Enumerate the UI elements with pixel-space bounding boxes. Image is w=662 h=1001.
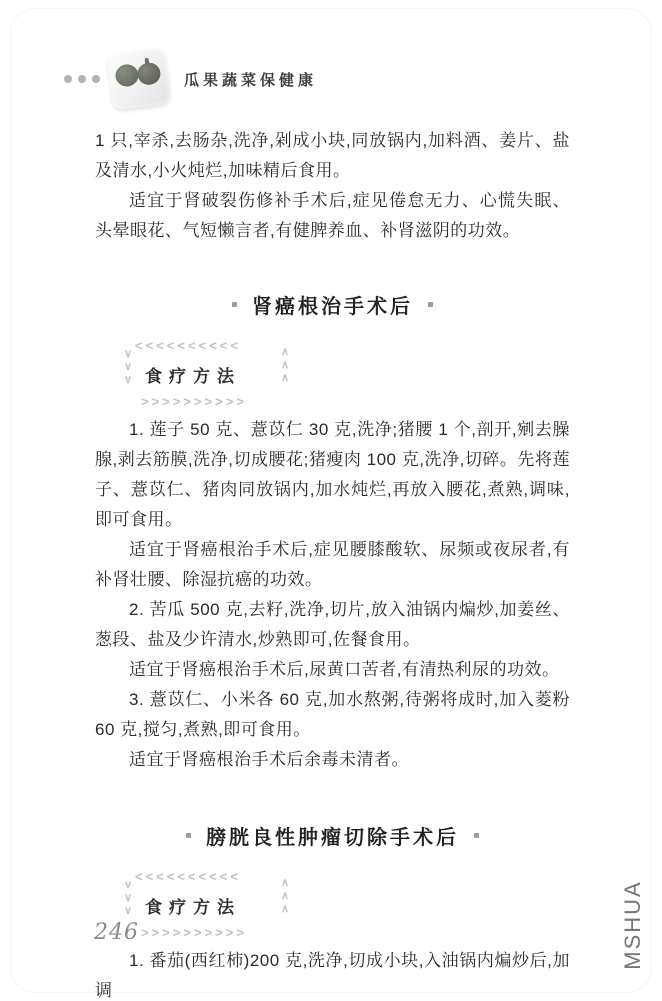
body-paragraph: 1. 莲子 50 克、薏苡仁 30 克,洗净;猪腰 1 个,剖开,剜去臊腺,剥去… [95,415,570,535]
page-header: 瓜果蔬菜保健康 [64,46,662,112]
body-paragraph: 2. 苦瓜 500 克,去籽,洗净,切片,放入油锅内煸炒,加姜丝、葱段、盐及少许… [95,595,570,655]
body-paragraph: 适宜于肾癌根治手术后余毒未清者。 [95,745,570,775]
section-title: 肾癌根治手术后 [252,290,413,319]
badge-label: 食疗方法 [145,362,241,387]
page-number: 246 [94,920,139,945]
body-paragraph: 适宜于肾癌根治手术后,症见腰膝酸软、尿频或夜尿者,有补肾壮腰、除湿抗癌的功效。 [95,535,570,595]
badge-frame-bottom-icon: >>>>>>>>>> [141,925,247,940]
fruit-plate-icon [107,48,171,111]
book-title: 瓜果蔬菜保健康 [184,69,317,90]
badge-label: 食疗方法 [145,893,241,918]
tomato-icon [136,61,162,86]
badge-frame-top-icon: <<<<<<<<<< [135,869,241,884]
dot-icon [78,75,86,83]
heading-dot-icon [428,302,433,307]
logo-dots-icon [64,75,100,83]
badge-frame-top-icon: <<<<<<<<<< [135,338,241,353]
body-paragraph: 3. 薏苡仁、小米各 60 克,加水熬粥,待粥将成时,加入菱粉 60 克,搅匀,… [95,685,570,745]
badge-frame-left-icon: ∨ ∨ ∨ [124,348,132,387]
badge-frame-right-icon: ∧ ∧ ∧ [281,877,289,916]
body-paragraph: 适宜于肾破裂伤修补手术后,症见倦怠无力、心慌失眠、头晕眼花、气短懒言者,有健脾养… [95,186,570,246]
body-paragraph: 1. 番茄(西红柿)200 克,洗净,切成小块,入油锅内煸炒后,加调 [95,946,570,1001]
badge-frame-left-icon: ∨ ∨ ∨ [124,879,132,918]
section-heading-bladder-tumor: 膀胱良性肿瘤切除手术后 [95,821,570,850]
section-heading-kidney-cancer: 肾癌根治手术后 [95,290,570,319]
badge-frame-right-icon: ∧ ∧ ∧ [281,346,289,385]
heading-dot-icon [186,833,191,838]
dot-icon [92,75,100,83]
diet-method-badge: <<<<<<<<<< >>>>>>>>>> ∨ ∨ ∨ ∧ ∧ ∧ 食疗方法 [123,876,295,934]
fruit-icon [114,63,140,88]
badge-frame-bottom-icon: >>>>>>>>>> [141,394,247,409]
page-content: 1 只,宰杀,去肠杂,洗净,剁成小块,同放锅内,加料酒、姜片、盐及清水,小火炖烂… [95,126,570,1001]
diet-method-badge: <<<<<<<<<< >>>>>>>>>> ∨ ∨ ∨ ∧ ∧ ∧ 食疗方法 [123,345,295,403]
watermark-text: MSHUA [620,860,646,990]
body-paragraph: 适宜于肾癌根治手术后,尿黄口苦者,有清热利尿的功效。 [95,655,570,685]
section-title: 膀胱良性肿瘤切除手术后 [206,821,459,850]
dot-icon [64,75,72,83]
body-paragraph: 1 只,宰杀,去肠杂,洗净,剁成小块,同放锅内,加料酒、姜片、盐及清水,小火炖烂… [95,126,570,186]
heading-dot-icon [474,833,479,838]
heading-dot-icon [232,302,237,307]
